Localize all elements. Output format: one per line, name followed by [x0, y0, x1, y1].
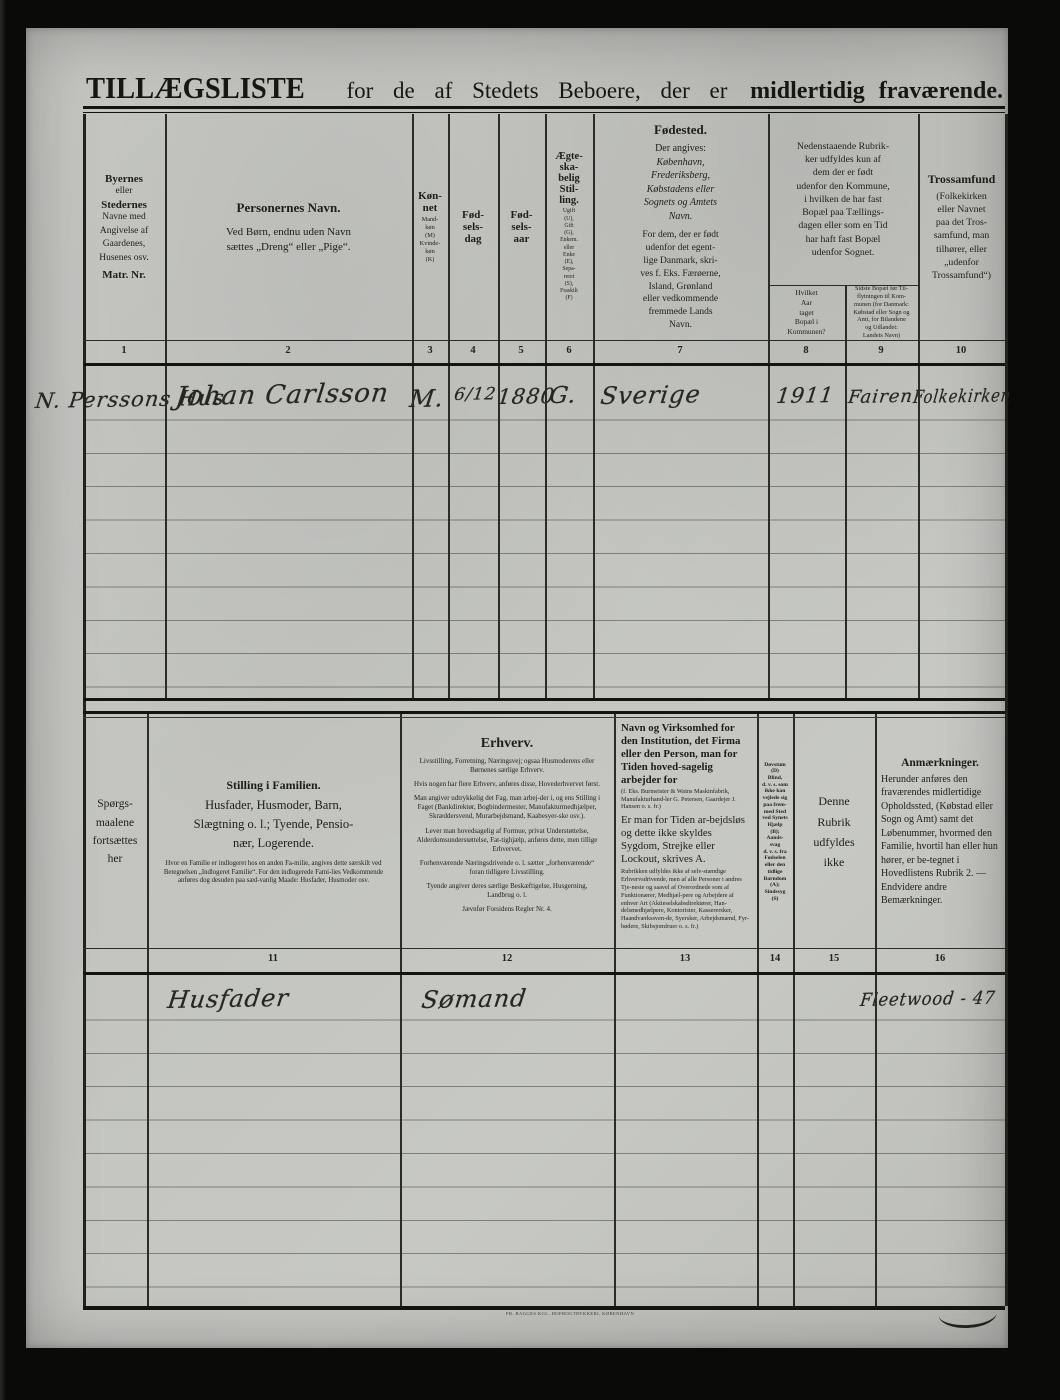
col-number-12: 12: [487, 953, 527, 964]
header-col13-lead1: Navn og Virksomhed for den Institution, …: [621, 722, 750, 787]
grid-line-horizontal: [83, 106, 1005, 109]
header-col14-abnormiteter: Døvstum (D) Blind, d. v. s. som ikke kan…: [757, 716, 793, 948]
header-col13-fine1: (f. Eks. Burmeister & Wains Maskinfabrik…: [621, 788, 750, 812]
entry-birth-day: 6/12: [453, 384, 498, 405]
header-col12-para4: Lever man hovedsagelig af Formue, privat…: [413, 827, 601, 854]
header-col4-foedselsdag: Fød- sels- dag: [448, 114, 498, 340]
header-col13-lead2: Er man for Tiden ar-bejdsløs og dette ik…: [621, 814, 750, 866]
header-col12-erhverv: Erhverv. Livsstilling, Forretning, Nærin…: [400, 716, 614, 948]
col-number-8: 8: [786, 345, 826, 356]
header-col12-para1: Livsstilling, Forretning, Næringsvej; og…: [413, 757, 601, 775]
header-col1-line1: Byernes: [105, 173, 143, 185]
entry-birthplace: Sverige: [599, 380, 703, 410]
header-col1-line2: eller: [116, 185, 133, 199]
header-col4-title: Fød- sels- dag: [462, 209, 484, 245]
entry-marital: G.: [548, 383, 578, 409]
col-number-5: 5: [501, 345, 541, 356]
grid-line-horizontal: [83, 717, 1005, 718]
header-col15-text: Denne Rubrik udfyldes ikke: [813, 791, 854, 873]
grid-line-horizontal: [83, 112, 1005, 114]
header-col2-personernes-navn: Personernes Navn. Ved Børn, endnu uden N…: [165, 114, 412, 340]
header-col9-sidste-bopael: Sidste Bopæl før Til- flytningen til Kom…: [845, 285, 918, 340]
col-number-13: 13: [665, 953, 705, 964]
header-col14-text: Døvstum (D) Blind, d. v. s. som ikke kan…: [762, 762, 788, 903]
table2-row-lines: [83, 987, 1005, 1288]
header-col7-sub1b: København, Frederiksberg, Købstadens ell…: [644, 156, 717, 224]
header-col2-sub: Ved Børn, endnu uden Navn sættes „Dreng“…: [226, 225, 351, 255]
grid-line-vertical: [498, 114, 500, 700]
header-col3-koennet: Køn- net Mand- køn (M) Kvinde- køn (K): [412, 114, 448, 340]
header-col7-sub2: For dem, der er født udenfor det egent- …: [640, 229, 720, 332]
header-col2-title: Personernes Navn.: [237, 200, 341, 216]
header-col89-group-note: Nedenstaaende Rubrik- ker udfyldes kun a…: [768, 114, 918, 285]
header-col5-title: Fød- sels- aar: [511, 209, 533, 245]
col-number-3: 3: [410, 345, 450, 356]
scanner-edge-light: [0, 0, 6, 1400]
col-number-7: 7: [660, 345, 700, 356]
header-col11-stilling-i-familien: Stilling i Familien. Husfader, Husmoder,…: [147, 716, 400, 948]
header-col1-line5: Matr. Nr.: [102, 269, 145, 281]
header-col16-anmaerkninger: Anmærkninger. Herunder anføres den fravæ…: [875, 716, 1005, 948]
entry-year-moved: 1911: [775, 383, 836, 408]
header-col13-arbejdsgiver: Navn og Virksomhed for den Institution, …: [614, 716, 757, 948]
form-title-mid: for de af Stedets Beboere, der er: [346, 78, 727, 104]
entry-person-name: Johan Carlsson: [174, 378, 391, 412]
header-col7-foedested: Fødested. Der angives: København, Freder…: [593, 114, 768, 340]
col-number-4: 4: [453, 345, 493, 356]
grid-line-vertical: [165, 114, 167, 700]
grid-line-vertical: [448, 114, 450, 700]
header-col89-group-text: Nedenstaaende Rubrik- ker udfyldes kun a…: [796, 140, 889, 259]
col-number-11: 11: [253, 953, 293, 964]
header-col1-byernes: Byernes eller Stedernes Navne med Angive…: [83, 114, 165, 340]
grid-line-vertical: [918, 114, 920, 700]
header-col8-hvilket-aar: Hvilket Aar taget Bopæl i Kommunen?: [768, 285, 845, 340]
grid-line-vertical: [400, 714, 402, 1306]
entry-occupation: Sømand: [420, 984, 528, 1014]
form-title-tail: midlertidig fraværende.: [750, 78, 1003, 105]
grid-line-horizontal: [83, 698, 1005, 701]
header-col11-sub: Husfader, Husmoder, Barn, Slægtning o. l…: [194, 796, 354, 854]
header-col1-line3: Stedernes: [101, 199, 147, 211]
scanned-census-document: { "title": { "lead": "TILLÆGSLISTE", "mi…: [0, 0, 1060, 1400]
grid-line-vertical: [845, 285, 847, 700]
header-col7-sub1a: Der angives:: [655, 142, 706, 156]
col-number-14: 14: [755, 953, 795, 964]
header-col15-udfyldes-ikke: Denne Rubrik udfyldes ikke: [793, 716, 875, 948]
header-col12-para2: Hvis nogen har flere Erhverv, anføres di…: [413, 780, 601, 789]
col-number-6: 6: [549, 345, 589, 356]
grid-line-vertical: [1005, 114, 1008, 1306]
grid-line-vertical: [614, 714, 616, 1306]
header-col9-text: Sidste Bopæl før Til- flytningen til Kom…: [853, 285, 909, 340]
entry-religion: Folkekirken: [912, 385, 1012, 408]
header-col5-foedselsaar: Fød- sels- aar: [498, 114, 545, 340]
header-col3-sub: Mand- køn (M) Kvinde- køn (K): [420, 216, 441, 263]
header-col6-title: Ægte- ska- belig Stil- ling.: [555, 151, 582, 206]
col-number-2: 2: [268, 345, 308, 356]
header-col8-text: Hvilket Aar taget Bopæl i Kommunen?: [787, 288, 825, 336]
header-col12-title: Erhverv.: [400, 736, 614, 752]
header-side-label: Spørgs- maalene fortsættes her: [83, 716, 147, 948]
header-col16-title: Anmærkninger.: [901, 757, 979, 769]
census-form-page: TILLÆGSLISTE for de af Stedets Beboere, …: [26, 28, 1008, 1348]
col-number-10: 10: [941, 345, 981, 356]
header-col6-sub: Ugift (U), Gift (G), Enkem. eller Enke (…: [560, 208, 578, 302]
header-col10-trossamfund: Trossamfund (Folkekirken eller Navnet pa…: [918, 114, 1005, 340]
col-number-15: 15: [814, 953, 854, 964]
entry-remarks: Fleetwood - 47: [859, 988, 997, 1011]
header-col12-para5: Forhenværende Næringsdrivende o. l. sætt…: [413, 859, 601, 877]
grid-line-vertical: [768, 114, 770, 700]
entry-family-position: Husfader: [166, 984, 291, 1014]
grid-line-horizontal: [83, 948, 1005, 949]
col-number-16: 16: [920, 953, 960, 964]
form-title-lead: TILLÆGSLISTE: [86, 70, 305, 106]
grid-line-vertical: [757, 714, 759, 1306]
grid-line-vertical: [412, 114, 414, 700]
header-col13-fine2: Rubrikken udfyldes ikke af selv-stændige…: [621, 868, 750, 931]
grid-line-vertical: [83, 114, 86, 1306]
header-col6-aegteskabelig-stilling: Ægte- ska- belig Stil- ling. Ugift (U), …: [545, 114, 593, 340]
header-col10-title: Trossamfund: [928, 172, 996, 187]
pen-flourish-mark: [939, 1312, 998, 1329]
header-col1-line4: Navne med Angivelse af Gaardenes, Husene…: [99, 211, 149, 266]
table1-row-lines: [83, 387, 1005, 689]
grid-line-horizontal: [83, 711, 1005, 714]
header-col16-body: Herunder anføres den fraværendes midlert…: [881, 773, 999, 908]
header-col12-para3: Man angiver udtrykkelig det Fag, man arb…: [413, 794, 601, 821]
col-number-1: 1: [104, 345, 144, 356]
form-title: TILLÆGSLISTE for de af Stedets Beboere, …: [86, 70, 1003, 106]
grid-line-horizontal: [83, 1306, 1005, 1310]
grid-line-vertical: [545, 114, 547, 700]
header-col3-title: Køn- net: [418, 190, 442, 214]
entry-last-residence: Fairen: [847, 386, 914, 408]
header-col7-title: Fødested.: [654, 122, 707, 138]
grid-line-horizontal: [83, 972, 1005, 975]
header-col12-para7: Jævnfør Forsidens Regler Nr. 4.: [413, 905, 601, 914]
grid-line-vertical: [875, 714, 877, 1306]
grid-line-horizontal: [768, 285, 918, 286]
header-col11-title: Stilling i Familien.: [226, 778, 320, 793]
header-col12-para6: Tyende angiver deres særlige Beskæftigel…: [413, 882, 601, 900]
grid-line-horizontal: [83, 363, 1005, 366]
grid-line-horizontal: [83, 340, 1005, 341]
grid-line-vertical: [593, 114, 595, 700]
header-col11-fine: Hvor en Familie er indlogeret hos en and…: [161, 860, 386, 886]
printer-imprint: FR. BAGGES KGL. HOFBOGTRYKKERI, KØBENHAV…: [506, 1311, 634, 1316]
grid-line-vertical: [147, 714, 149, 1306]
side-label-text: Spørgs- maalene fortsættes her: [93, 795, 138, 869]
header-col10-sub: (Folkekirken eller Navnet paa det Tros- …: [932, 190, 991, 283]
grid-line-vertical: [793, 714, 795, 1306]
col-number-9: 9: [861, 345, 901, 356]
